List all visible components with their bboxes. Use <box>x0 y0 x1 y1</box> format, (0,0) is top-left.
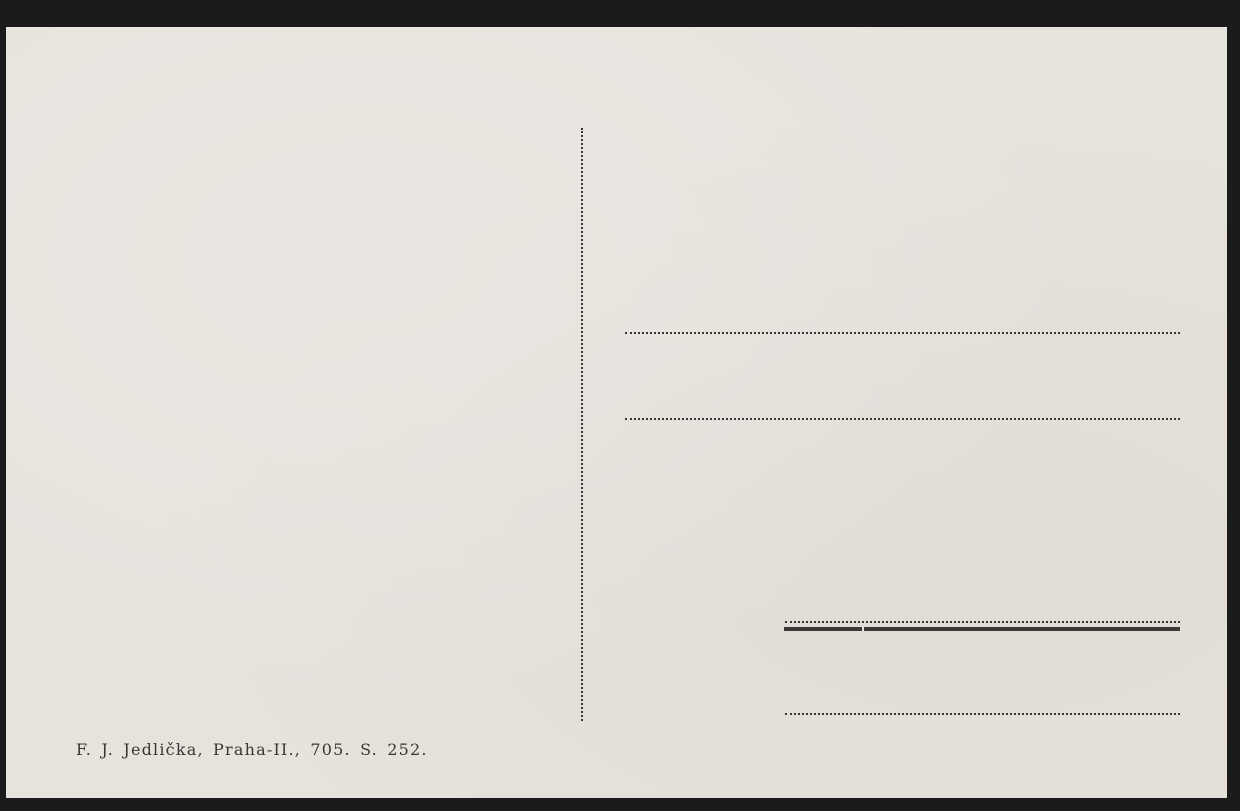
vertical-dotted-divider <box>581 128 583 721</box>
postcard-back: F. J. Jedlička, Praha-II., 705. S. 252. <box>6 27 1227 798</box>
address-line-4 <box>785 713 1180 715</box>
address-line-3-solid-underline <box>784 627 1180 631</box>
address-line-1 <box>625 332 1180 334</box>
publisher-imprint: F. J. Jedlička, Praha-II., 705. S. 252. <box>76 740 428 759</box>
solid-underline-break <box>862 627 864 631</box>
address-line-3-dotted <box>785 621 1180 623</box>
address-line-2 <box>625 418 1180 420</box>
